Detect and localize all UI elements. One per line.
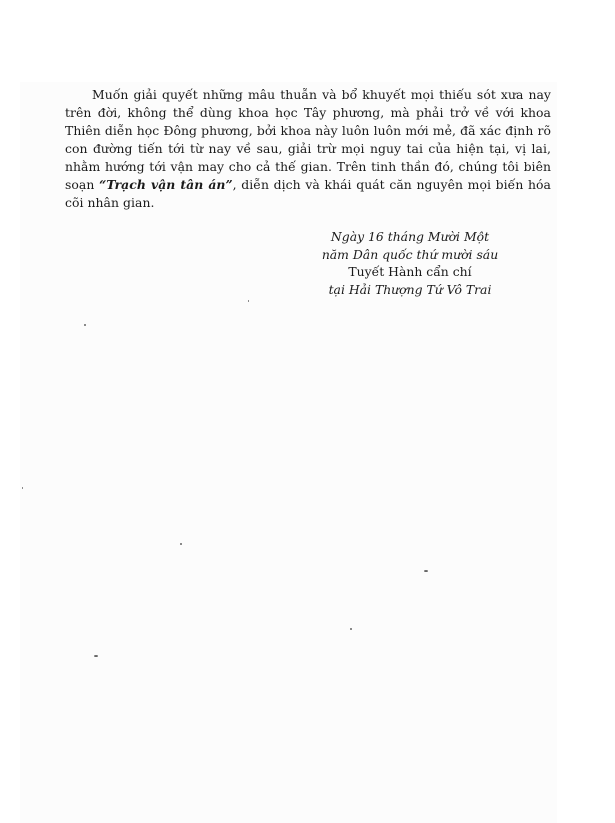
paragraph-line: Thiên diễn học Đông phương, bởi khoa này… xyxy=(65,122,551,140)
scan-speck xyxy=(350,628,352,630)
paragraph-line: Muốn giải quyết những mâu thuẫn và bổ kh… xyxy=(65,86,551,104)
scan-speck xyxy=(424,570,428,572)
line-prefix: soạn xyxy=(65,177,99,192)
paragraph-line: nhằm hướng tới vận may cho cả thế gian. … xyxy=(65,158,551,176)
scan-speck xyxy=(94,655,98,657)
preface-paragraph: Muốn giải quyết những mâu thuẫn và bổ kh… xyxy=(65,86,551,212)
signature-block: Ngày 16 tháng Mười Một năm Dân quốc thứ … xyxy=(300,228,520,298)
paragraph-line: trên đời, không thể dùng khoa học Tây ph… xyxy=(65,104,551,122)
scan-speck xyxy=(84,324,86,326)
scan-speck xyxy=(248,300,249,302)
paragraph-line: cõi nhân gian. xyxy=(65,194,551,212)
signature-date: Ngày 16 tháng Mười Một xyxy=(300,228,520,246)
signature-place: tại Hải Thượng Tứ Vô Trai xyxy=(300,281,520,299)
scan-speck xyxy=(180,543,182,545)
line-suffix: , diễn dịch và khái quát căn nguyên mọi … xyxy=(233,177,551,192)
paragraph-line: con đường tiến tới từ nay về sau, giải t… xyxy=(65,140,551,158)
signature-year: năm Dân quốc thứ mười sáu xyxy=(300,246,520,264)
signature-author: Tuyết Hành cẩn chí xyxy=(300,263,520,281)
book-title: “Trạch vận tân án” xyxy=(99,177,233,192)
scan-speck xyxy=(22,487,23,489)
paragraph-line-with-title: soạn “Trạch vận tân án”, diễn dịch và kh… xyxy=(65,176,551,194)
